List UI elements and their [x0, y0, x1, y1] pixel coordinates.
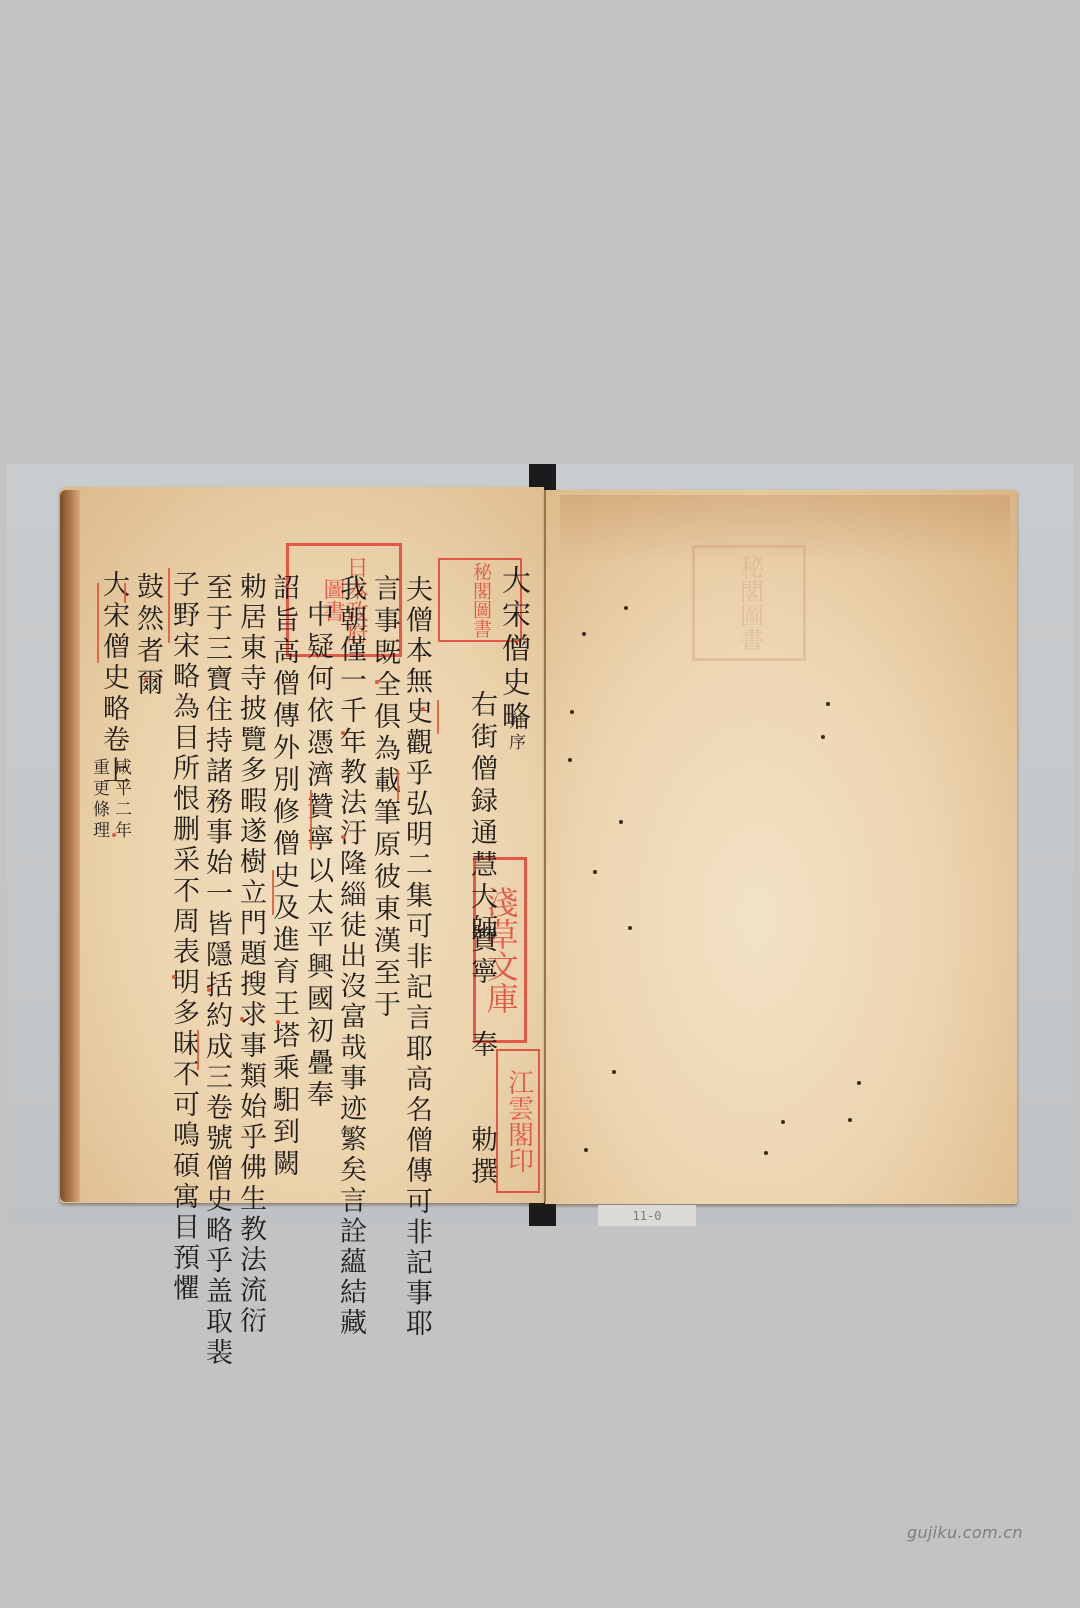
- worm-hole: [624, 606, 628, 610]
- red-punctuation-dot: [341, 731, 345, 735]
- worm-hole: [821, 735, 825, 739]
- column-text: 勅居東寺披覽多暇遂樹立門題搜求事類始乎佛生教法流衍: [235, 572, 266, 1337]
- worm-hole: [582, 632, 586, 636]
- text-column-1: 夫僧本無史觀乎弘明二集可非記言耶高名僧傳可非記事耶: [403, 575, 430, 1340]
- worm-hole: [593, 870, 597, 874]
- text-column-4: 中疑何依憑濟贊寧以太平興國初疊奉: [304, 600, 331, 1112]
- author-name: 贊寧: [468, 925, 495, 989]
- text-column-7: 至于三寶住持諸務事始一皆隱括約成三卷號僧史略乎盖取裴: [203, 573, 230, 1369]
- worm-hole: [826, 702, 830, 706]
- red-punctuation-dot: [276, 1020, 280, 1024]
- worm-hole: [857, 1081, 861, 1085]
- seal-text: 秘閣圖書: [736, 555, 761, 651]
- worm-hole: [619, 820, 623, 824]
- red-punctuation-dot: [144, 677, 148, 681]
- column-text: 夫僧本無史觀乎弘明二集可非記言耶高名僧傳可非記事耶: [401, 575, 432, 1340]
- worm-hole: [764, 1151, 768, 1155]
- author-verb: 奉: [468, 1030, 495, 1062]
- author-line: 右街僧録通慧大師: [468, 690, 495, 946]
- subtitle-text: 幷序: [505, 712, 525, 754]
- note-column-1: 咸平二年: [112, 758, 129, 842]
- red-underline-mark: [437, 700, 439, 734]
- author-name-text: 贊寧: [466, 925, 497, 989]
- seal-faint-offset: 秘閣圖書: [692, 545, 806, 661]
- author-verb-text: 奉: [466, 1030, 497, 1062]
- imperial-text: 勅撰: [466, 1125, 497, 1189]
- red-underline-mark: [197, 1030, 199, 1070]
- worm-hole: [570, 710, 574, 714]
- volume-title-column: 大宋僧史略卷上: [100, 570, 127, 787]
- note-text: 咸平二年: [111, 758, 131, 842]
- column-text: 言事既全俱為載筆原彼東漢至于: [369, 574, 400, 1022]
- worm-hole: [781, 1120, 785, 1124]
- column-text: 中疑何依憑濟贊寧以太平興國初疊奉: [302, 600, 333, 1112]
- red-underline-mark: [310, 790, 312, 850]
- red-punctuation-dot: [341, 835, 345, 839]
- worm-hole: [568, 758, 572, 762]
- worm-hole: [848, 1118, 852, 1122]
- red-punctuation-dot: [112, 833, 116, 837]
- red-underline-mark: [272, 870, 274, 915]
- text-column-9: 鼓然者爾: [134, 572, 161, 700]
- red-underline-mark: [97, 583, 99, 663]
- author-title: 右街僧録通慧大師: [466, 690, 497, 946]
- red-underline-mark: [397, 770, 399, 800]
- column-text: 至于三寶住持諸務事始一皆隱括約成三卷號僧史略乎盖取裴: [201, 573, 232, 1369]
- shelf-label: 11-0: [598, 1205, 696, 1226]
- red-punctuation-dot: [421, 707, 425, 711]
- imperial-mark: 勅撰: [468, 1125, 495, 1189]
- gutter-line: [544, 490, 546, 1202]
- red-punctuation-dot: [172, 975, 176, 979]
- column-text: 我朝僅一千年教法汙隆緇徒出沒富哉事迹繁矣言詮蘊結藏: [335, 574, 366, 1339]
- seal-text: 秘閣圖書: [470, 562, 490, 638]
- seal-text: 江雲閣印: [504, 1069, 531, 1173]
- note-text: 重更條理: [89, 758, 109, 842]
- column-text: 子野宋略為目所恨删采不周表明多昧不可鳴碩寓目預懼: [168, 570, 199, 1304]
- text-column-5: 詔旨高僧傳外別修僧史及進育王塔乘馹到闕: [270, 573, 297, 1181]
- red-underline-mark: [124, 583, 126, 603]
- text-column-3: 我朝僅一千年教法汙隆緇徒出沒富哉事迹繁矣言詮蘊結藏: [337, 574, 364, 1339]
- red-punctuation-dot: [240, 1017, 244, 1021]
- worm-hole: [628, 926, 632, 930]
- text-column-6: 勅居東寺披覽多暇遂樹立門題搜求事類始乎佛生教法流衍: [237, 572, 264, 1337]
- note-column-2: 重更條理: [90, 758, 107, 842]
- site-watermark: gujiku.com.cn: [907, 1523, 1023, 1542]
- shelf-label-text: 11-0: [633, 1209, 662, 1223]
- subtitle: 幷序: [506, 712, 523, 754]
- column-text: 鼓然者爾: [132, 572, 163, 700]
- red-punctuation-dot: [375, 680, 379, 684]
- text-column-8: 子野宋略為目所恨删采不周表明多昧不可鳴碩寓目預懼: [170, 570, 197, 1304]
- seal-bottom: 江雲閣印: [496, 1049, 540, 1193]
- document-title: 大宋僧史略: [498, 565, 532, 735]
- worm-hole: [612, 1070, 616, 1074]
- title-column: 大宋僧史略: [500, 565, 529, 735]
- text-column-2: 言事既全俱為載筆原彼東漢至于: [371, 574, 398, 1022]
- binding-edge: [60, 490, 80, 1202]
- red-underline-mark: [168, 568, 170, 643]
- worm-hole: [584, 1148, 588, 1152]
- red-punctuation-dot: [207, 988, 211, 992]
